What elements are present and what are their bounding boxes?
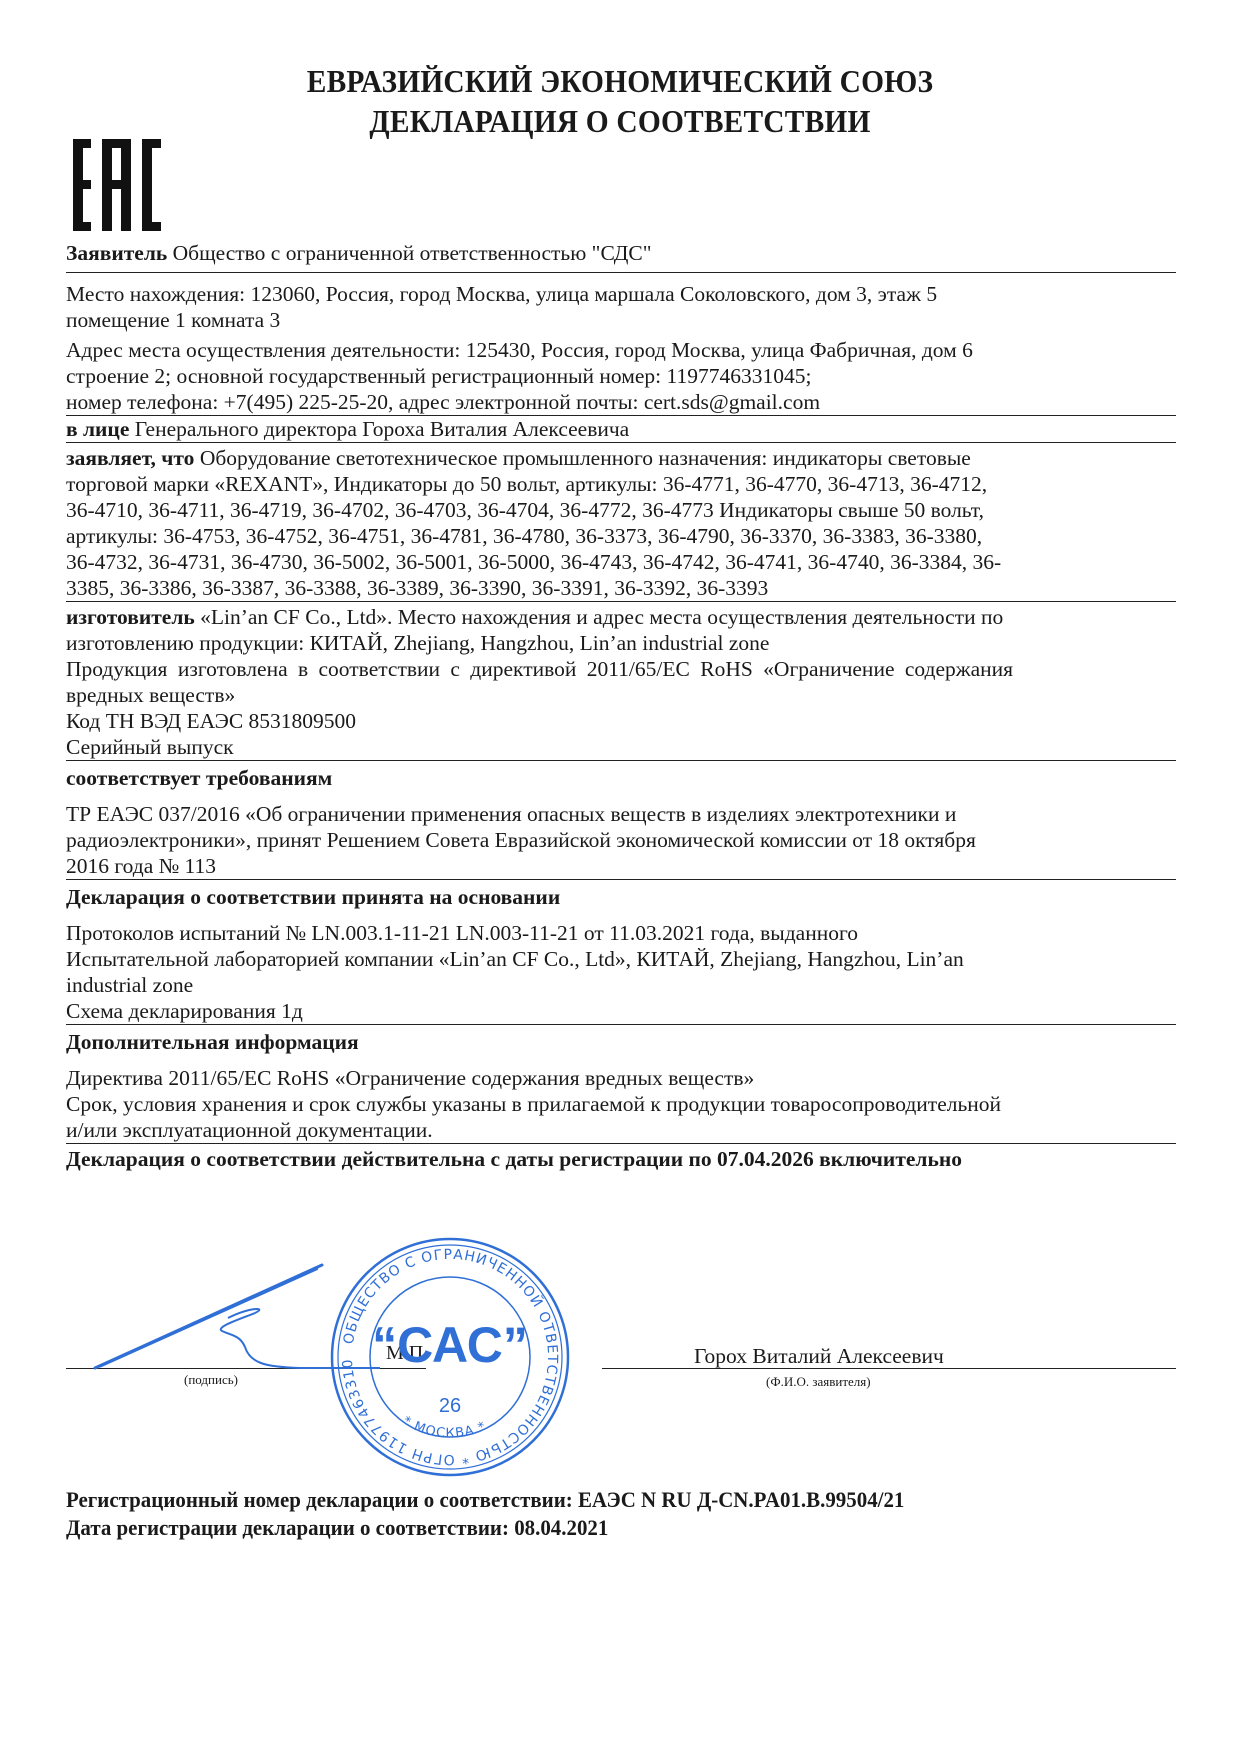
- manufacturer-block: изготовитель «Lin’an CF Co., Ltd». Место…: [66, 602, 1176, 761]
- location-line-2: помещение 1 комната 3: [66, 307, 1176, 333]
- requirements-line: ТР ЕАЭС 037/2016 «Об ограничении примене…: [66, 801, 1176, 827]
- additional-block: Директива 2011/65/EC RoHS «Ограничение с…: [66, 1065, 1176, 1144]
- basis-line: Протоколов испытаний № LN.003.1-11-21 LN…: [66, 920, 1176, 946]
- basis-block: Протоколов испытаний № LN.003.1-11-21 LN…: [66, 920, 1176, 998]
- stamp-center-text: “САС”: [372, 1317, 528, 1373]
- directive-line: Продукция изготовлена в соответствии с д…: [66, 656, 1176, 682]
- product-line: 3385, 36-3386, 36-3387, 36-3388, 36-3389…: [66, 575, 1176, 601]
- company-stamp-icon: ОБЩЕСТВО С ОГРАНИЧЕННОЙ ОТВЕТСТВЕННОСТЬЮ…: [325, 1232, 575, 1482]
- product-line: Оборудование светотехническое промышленн…: [200, 446, 971, 470]
- basis-line: Испытательной лабораторией компании «Lin…: [66, 946, 1176, 972]
- validity-statement: Декларация о соответствии действительна …: [66, 1146, 1176, 1172]
- name-caption: (Ф.И.О. заявителя): [766, 1374, 871, 1390]
- product-line: 36-4710, 36-4711, 36-4719, 36-4702, 36-4…: [66, 497, 1176, 523]
- registration-number: Регистрационный номер декларации о соотв…: [66, 1486, 904, 1514]
- representative-row: в лице Генерального директора Гороха Вит…: [66, 416, 1176, 443]
- manufacturer-line: «Lin’an CF Co., Ltd». Место нахождения и…: [200, 605, 1003, 629]
- hs-code: Код ТН ВЭД ЕАЭС 8531809500: [66, 708, 1176, 734]
- applicant-row: Заявитель Общество с ограниченной ответс…: [66, 240, 1176, 273]
- additional-line: и/или эксплуатационной документации.: [66, 1117, 1176, 1143]
- contacts-line: номер телефона: +7(495) 225-25-20, адрес…: [66, 389, 1176, 416]
- stamp-number: 26: [439, 1395, 461, 1417]
- product-line: артикулы: 36-4753, 36-4752, 36-4751, 36-…: [66, 523, 1176, 549]
- basis-line: industrial zone: [66, 972, 1176, 998]
- additional-heading: Дополнительная информация: [66, 1029, 1176, 1055]
- applicant-label: Заявитель: [66, 241, 167, 265]
- stamp-city-text: * МОСКВА *: [400, 1414, 489, 1442]
- manufacturer-label: изготовитель: [66, 605, 195, 629]
- document-title: ДЕКЛАРАЦИЯ О СООТВЕТСТВИИ: [50, 102, 1191, 140]
- svg-text:* МОСКВА *: * МОСКВА *: [400, 1414, 489, 1442]
- product-line: 36-4732, 36-4731, 36-4730, 36-5002, 36-5…: [66, 549, 1176, 575]
- registration-footer: Регистрационный номер декларации о соотв…: [66, 1486, 904, 1542]
- declaration-scheme: Схема декларирования 1д: [66, 998, 1176, 1025]
- representative-label: в лице: [66, 417, 129, 441]
- basis-heading: Декларация о соответствии принята на осн…: [66, 884, 1176, 910]
- additional-line: Директива 2011/65/EC RoHS «Ограничение с…: [66, 1065, 1176, 1091]
- requirements-line: радиоэлектроники», принят Решением Совет…: [66, 827, 1176, 853]
- declaration-body: Заявитель Общество с ограниченной ответс…: [66, 240, 1176, 1172]
- release-type: Серийный выпуск: [66, 734, 1176, 761]
- representative-text: Генерального директора Гороха Виталия Ал…: [135, 417, 629, 441]
- requirements-heading: соответствует требованиям: [66, 765, 1176, 791]
- manufacturer-line: изготовлению продукции: КИТАЙ, Zhejiang,…: [66, 630, 1176, 656]
- signer-name: Горох Виталий Алексеевич: [694, 1344, 944, 1369]
- directive-line: вредных веществ»: [66, 682, 1176, 708]
- eac-mark-icon: [73, 139, 173, 231]
- declares-block: заявляет, что Оборудование светотехничес…: [66, 443, 1176, 602]
- activity-line-2: строение 2; основной государственный рег…: [66, 363, 1176, 389]
- additional-line: Срок, условия хранения и срок службы ука…: [66, 1091, 1176, 1117]
- requirements-block: ТР ЕАЭС 037/2016 «Об ограничении примене…: [66, 801, 1176, 880]
- activity-line-1: Адрес места осуществления деятельности: …: [66, 337, 1176, 363]
- registration-date: Дата регистрации декларации о соответств…: [66, 1514, 904, 1542]
- applicant-name: Общество с ограниченной ответственностью…: [173, 241, 652, 265]
- product-line: торговой марки «REXANT», Индикаторы до 5…: [66, 471, 1176, 497]
- declares-label: заявляет, что: [66, 446, 194, 470]
- requirements-line: 2016 года № 113: [66, 853, 1176, 879]
- location-line-1: Место нахождения: 123060, Россия, город …: [66, 281, 1176, 307]
- union-title: ЕВРАЗИЙСКИЙ ЭКОНОМИЧЕСКИЙ СОЮЗ: [50, 62, 1191, 100]
